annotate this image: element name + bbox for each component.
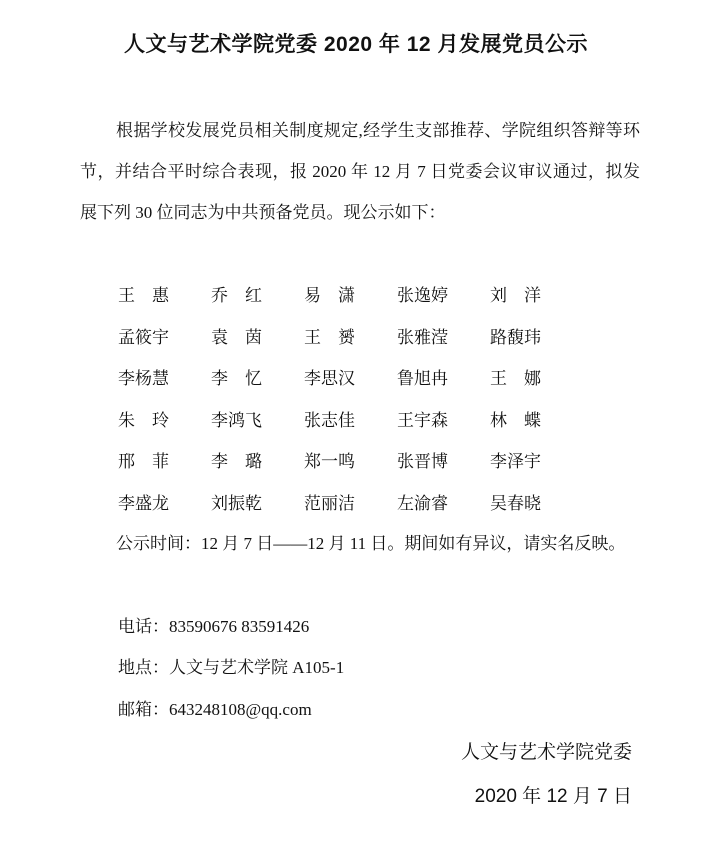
name-row: 朱 玲李鸿飞张志佳王宇森林 蝶 [118,398,583,440]
member-name: 王 惠 [118,281,211,306]
member-name: 李盛龙 [118,489,211,514]
member-name: 乔 红 [211,281,304,306]
member-name: 李鸿飞 [211,406,304,431]
notice-period-paragraph: 公示时间：12 月 7 日——12 月 11 日。期间如有异议，请实名反映。 [80,523,640,564]
name-row: 孟筱宇袁 茵王 赟张雅滢路馥玮 [118,315,583,357]
intro-paragraph: 根据学校发展党员相关制度规定,经学生支部推荐、学院组织答辩等环节，并结合平时综合… [80,110,640,233]
member-name: 刘 洋 [490,281,583,306]
member-name: 范丽洁 [304,489,397,514]
member-name: 李思汉 [304,364,397,389]
member-name: 路馥玮 [490,323,583,348]
member-name: 刘振乾 [211,489,304,514]
signature-organization: 人文与艺术学院党委 [461,737,632,764]
member-name: 左渝睿 [397,489,490,514]
member-name: 朱 玲 [118,406,211,431]
document-title: 人文与艺术学院党委 2020 年 12 月发展党员公示 [0,28,712,58]
member-name: 王宇森 [397,406,490,431]
name-row: 邢 菲李 璐郑一鸣张晋博李泽宇 [118,439,583,481]
member-name: 袁 茵 [211,323,304,348]
member-name: 易 潇 [304,281,397,306]
member-name: 张逸婷 [397,281,490,306]
member-name: 邢 菲 [118,447,211,472]
signature-date: 2020 年 12 月 7 日 [475,781,632,808]
member-name: 王 娜 [490,364,583,389]
name-row: 王 惠乔 红易 潇张逸婷刘 洋 [118,273,583,315]
member-name: 孟筱宇 [118,323,211,348]
member-name: 张晋博 [397,447,490,472]
member-name: 张雅滢 [397,323,490,348]
name-row: 李杨慧李 忆李思汉鲁旭冉王 娜 [118,356,583,398]
contact-phone: 电话：83590676 83591426 [118,606,309,647]
member-name: 鲁旭冉 [397,364,490,389]
member-name: 张志佳 [304,406,397,431]
contact-location: 地点：人文与艺术学院 A105-1 [118,647,344,688]
member-name: 李 璐 [211,447,304,472]
member-name: 王 赟 [304,323,397,348]
member-name: 李 忆 [211,364,304,389]
member-name: 李泽宇 [490,447,583,472]
name-row: 李盛龙刘振乾范丽洁左渝睿吴春晓 [118,481,583,523]
member-name: 吴春晓 [490,489,583,514]
member-name: 郑一鸣 [304,447,397,472]
member-name: 林 蝶 [490,406,583,431]
names-grid: 王 惠乔 红易 潇张逸婷刘 洋孟筱宇袁 茵王 赟张雅滢路馥玮李杨慧李 忆李思汉鲁… [118,273,583,522]
contact-email: 邮箱：643248108@qq.com [118,689,312,730]
member-name: 李杨慧 [118,364,211,389]
